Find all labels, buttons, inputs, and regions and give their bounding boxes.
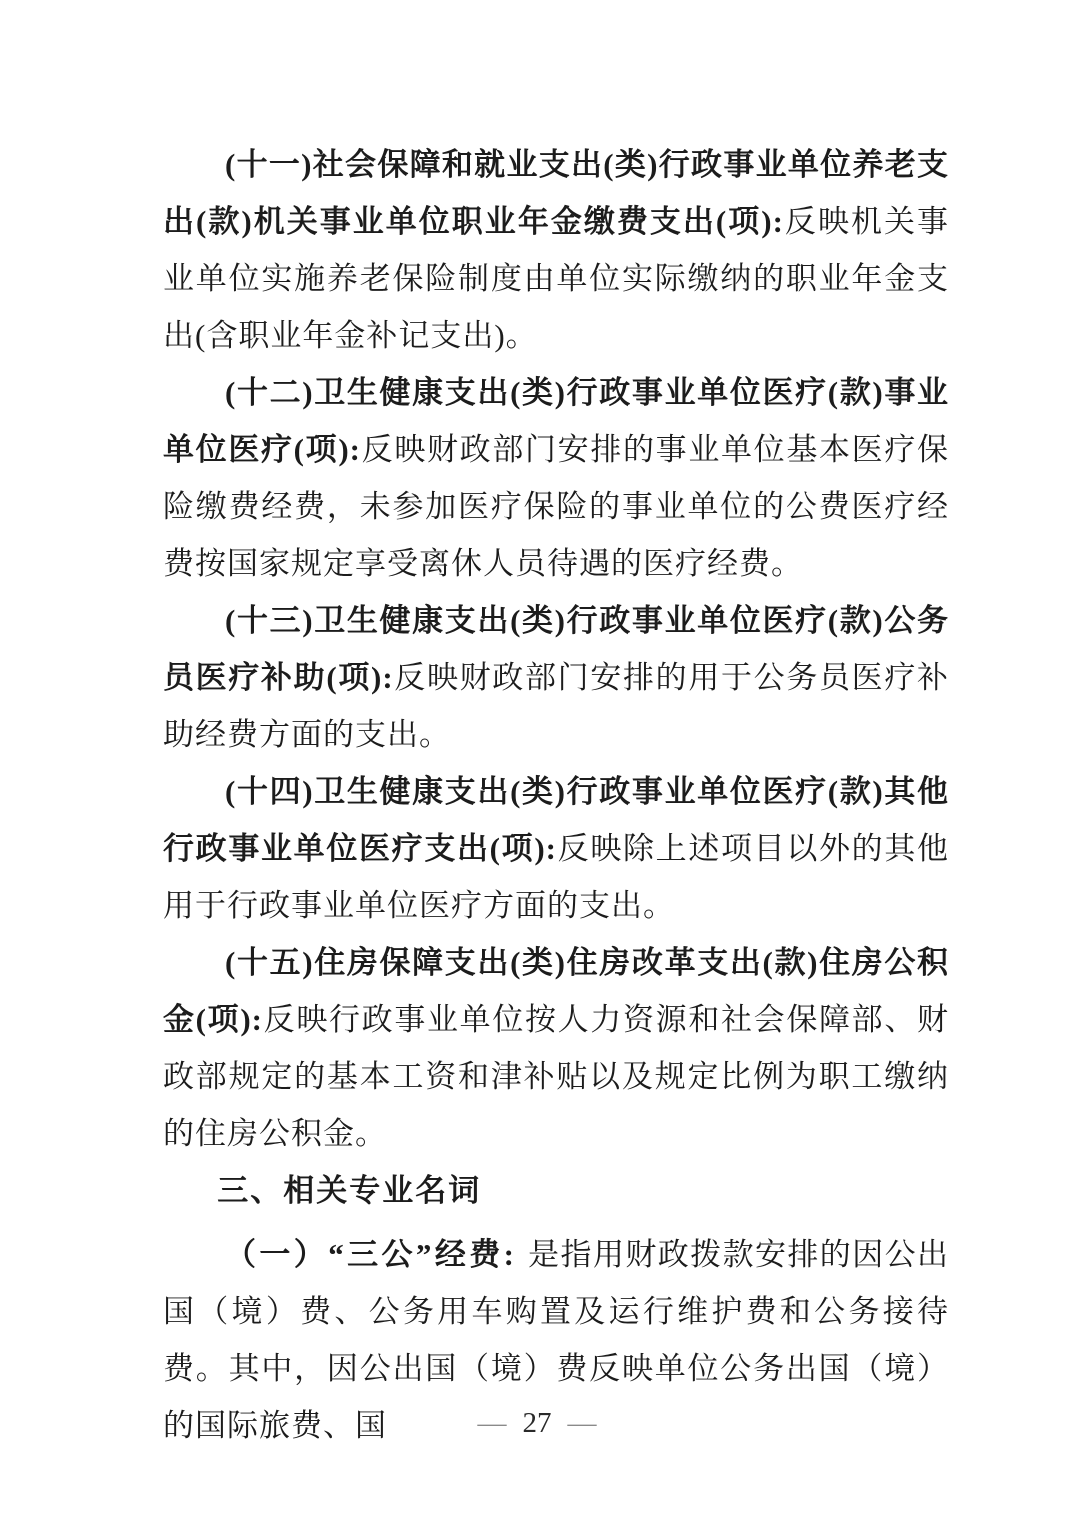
clause-15-text: 反映行政事业单位按人力资源和社会保障部、财政部规定的基本工资和津补贴以及规定比例… <box>163 1002 949 1151</box>
footer-right-dash: — <box>568 1407 597 1439</box>
footer-left-dash: — <box>478 1407 507 1439</box>
page-content: (十一)社会保障和就业支出(类)行政事业单位养老支出(款)机关事业单位职业年金缴… <box>163 136 949 1454</box>
clause-paragraph-14: (十四)卫生健康支出(类)行政事业单位医疗(款)其他行政事业单位医疗支出(项):… <box>163 763 949 934</box>
term-sangong-lead: （一）“三公”经费: <box>225 1237 528 1272</box>
clause-paragraph-12: (十二)卫生健康支出(类)行政事业单位医疗(款)事业单位医疗(项):反映财政部门… <box>163 364 949 592</box>
clause-paragraph-15: (十五)住房保障支出(类)住房改革支出(款)住房公积金(项):反映行政事业单位按… <box>163 934 949 1162</box>
page-footer: —27— <box>0 1403 1074 1443</box>
clause-paragraph-11: (十一)社会保障和就业支出(类)行政事业单位养老支出(款)机关事业单位职业年金缴… <box>163 136 949 364</box>
clause-paragraph-13: (十三)卫生健康支出(类)行政事业单位医疗(款)公务员医疗补助(项):反映财政部… <box>163 592 949 763</box>
page-number: 27 <box>507 1407 568 1439</box>
section-heading-terms: 三、相关专业名词 <box>163 1162 949 1219</box>
document-page: (十一)社会保障和就业支出(类)行政事业单位养老支出(款)机关事业单位职业年金缴… <box>0 0 1074 1520</box>
